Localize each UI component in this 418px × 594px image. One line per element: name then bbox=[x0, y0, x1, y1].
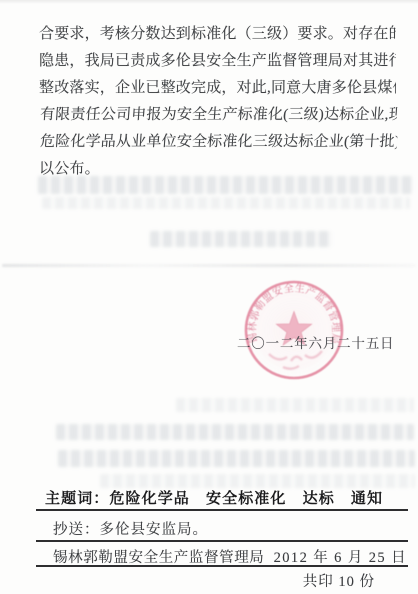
divider-rule bbox=[36, 540, 408, 542]
body-line: 合要求，考核分数达到标准化（三级）要求。对存在的安全 bbox=[39, 21, 396, 48]
keywords-row: 主题词：危险化学品 安全标准化 达标 通知 bbox=[45, 487, 405, 508]
seal-graphic: 锡林郭勒盟安全生产监督管理局 bbox=[241, 277, 347, 383]
copy-to-row: 抄送：多伦县安监局。 bbox=[53, 518, 208, 539]
body-line: 隐患，我局已责成多伦县安全生产监督管理局对其进行督促 bbox=[39, 48, 396, 75]
divider-rule bbox=[36, 565, 408, 567]
bleed-through-smudge bbox=[100, 474, 415, 488]
keywords-value: 危险化学品 安全标准化 达标 通知 bbox=[109, 490, 383, 507]
body-line: 整改落实，企业已整改完成，对此,同意大唐多伦县煤化工 bbox=[39, 75, 396, 102]
copies-count: 共印 10 份 bbox=[303, 570, 375, 591]
divider-rule bbox=[36, 509, 408, 511]
bleed-through-smudge bbox=[58, 450, 415, 467]
bleed-through-smudge bbox=[56, 424, 414, 440]
document-page: 合要求，考核分数达到标准化（三级）要求。对存在的安全 隐患，我局已责成多伦县安全… bbox=[0, 0, 418, 594]
body-line: 以公布。 bbox=[39, 156, 396, 183]
body-line: 有限责任公司申报为安全生产标准化(三级)达标企业,现将 bbox=[39, 102, 398, 129]
bleed-through-smudge bbox=[176, 398, 414, 412]
body-paragraph: 合要求，考核分数达到标准化（三级）要求。对存在的安全 隐患，我局已责成多伦县安全… bbox=[39, 21, 396, 183]
issuer-name: 锡林郭勒盟安全生产监督管理局 bbox=[53, 546, 264, 567]
copy-to-label: 抄送： bbox=[53, 522, 100, 538]
body-line: 危险化学品从业单位安全标准化三级达标企业(第十批)予 bbox=[39, 129, 398, 156]
copy-to-value: 多伦县安监局。 bbox=[100, 522, 209, 538]
bleed-through-smudge bbox=[150, 231, 332, 247]
signature-date: 二〇一二年六月二十五日 bbox=[237, 336, 394, 351]
issuer-row: 锡林郭勒盟安全生产监督管理局 2012 年 6 月 25 日 bbox=[53, 546, 407, 567]
print-date: 2012 年 6 月 25 日 bbox=[274, 546, 407, 567]
official-seal: 锡林郭勒盟安全生产监督管理局 bbox=[241, 277, 347, 383]
keywords-label: 主题词： bbox=[45, 490, 109, 507]
bleed-through-streak bbox=[2, 264, 416, 267]
bleed-through-smudge bbox=[42, 197, 410, 209]
